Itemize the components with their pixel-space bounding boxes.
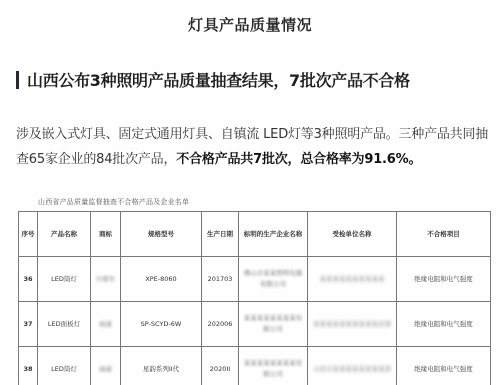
- headline-text: 山西公布3种照明产品质量抽查结果，7批次产品不合格: [27, 68, 410, 91]
- page-title: 灯具产品质量情况: [0, 14, 500, 35]
- cell-brand: 雨道: [91, 302, 121, 347]
- headline-accent-bar: [16, 71, 19, 89]
- header-product: 产品名称: [38, 212, 91, 257]
- cell-seq: 37: [19, 302, 38, 347]
- table-row: 36 LED筒灯 川雷尔 XPE-8060 201703 佛山市某某照明电器有限…: [19, 257, 491, 302]
- header-model: 规格型号: [121, 212, 202, 257]
- cell-manufacturer: 某某某某某某某某有限公司: [239, 347, 308, 385]
- table-row: 38 LED筒灯 雨道 星韵系列II代 2020II 某某某某某某某某有限公司 …: [19, 347, 491, 385]
- header-defect: 不合格项目: [397, 212, 491, 257]
- cell-defect: 绝缘电阻和电气强度: [397, 257, 491, 302]
- header-inspected-unit: 受检单位名称: [308, 212, 397, 257]
- header-seq: 序号: [19, 212, 38, 257]
- cell-manufacturer: 某某某某某某某某有限公司: [239, 302, 308, 347]
- cell-brand: 川雷尔: [91, 257, 121, 302]
- cell-manufacturer: 佛山市某某照明电器有限公司: [239, 257, 308, 302]
- table-caption: 山西省产品质量监督抽查不合格产品及企业名单: [38, 197, 189, 207]
- summary-highlight: 不合格产品共7批次，总合格率为91.6%。: [176, 152, 421, 167]
- cell-product: LED筒灯: [38, 257, 91, 302]
- cell-model: 星韵系列II代: [121, 347, 202, 385]
- cell-defect: 绝缘电阻和电气强度: [397, 302, 491, 347]
- cell-inspected-unit: 某某某某某某某某某某: [308, 257, 397, 302]
- header-brand: 商标: [91, 212, 121, 257]
- cell-model: XPE-8060: [121, 257, 202, 302]
- cell-brand: 雨道: [91, 347, 121, 385]
- summary-paragraph: 涉及嵌入式灯具、固定式通用灯具、自镇流 LED灯等3种照明产品。三种产品共同抽查…: [16, 122, 490, 172]
- cell-seq: 38: [19, 347, 38, 385]
- cell-seq: 36: [19, 257, 38, 302]
- cell-date: 2020II: [202, 347, 239, 385]
- header-manufacturer: 标明的生产企业名称: [239, 212, 308, 257]
- table-row: 37 LED面板灯 雨道 SP-SCYD-6W 202006 某某某某某某某某有…: [19, 302, 491, 347]
- cell-inspected-unit: 太原市某某某某某某某某部: [308, 347, 397, 385]
- cell-date: 201703: [202, 257, 239, 302]
- article-headline: 山西公布3种照明产品质量抽查结果，7批次产品不合格: [16, 68, 490, 91]
- cell-defect: 绝缘电阻和电气强度: [397, 347, 491, 385]
- header-date: 生产日期: [202, 212, 239, 257]
- cell-inspected-unit: 某某某某某某某某某某店部: [308, 302, 397, 347]
- cell-model: SP-SCYD-6W: [121, 302, 202, 347]
- defect-products-table: 序号 产品名称 商标 规格型号 生产日期 标明的生产企业名称 受检单位名称 不合…: [18, 211, 491, 385]
- cell-date: 202006: [202, 302, 239, 347]
- cell-product: LED面板灯: [38, 302, 91, 347]
- table-header-row: 序号 产品名称 商标 规格型号 生产日期 标明的生产企业名称 受检单位名称 不合…: [19, 212, 491, 257]
- cell-product: LED筒灯: [38, 347, 91, 385]
